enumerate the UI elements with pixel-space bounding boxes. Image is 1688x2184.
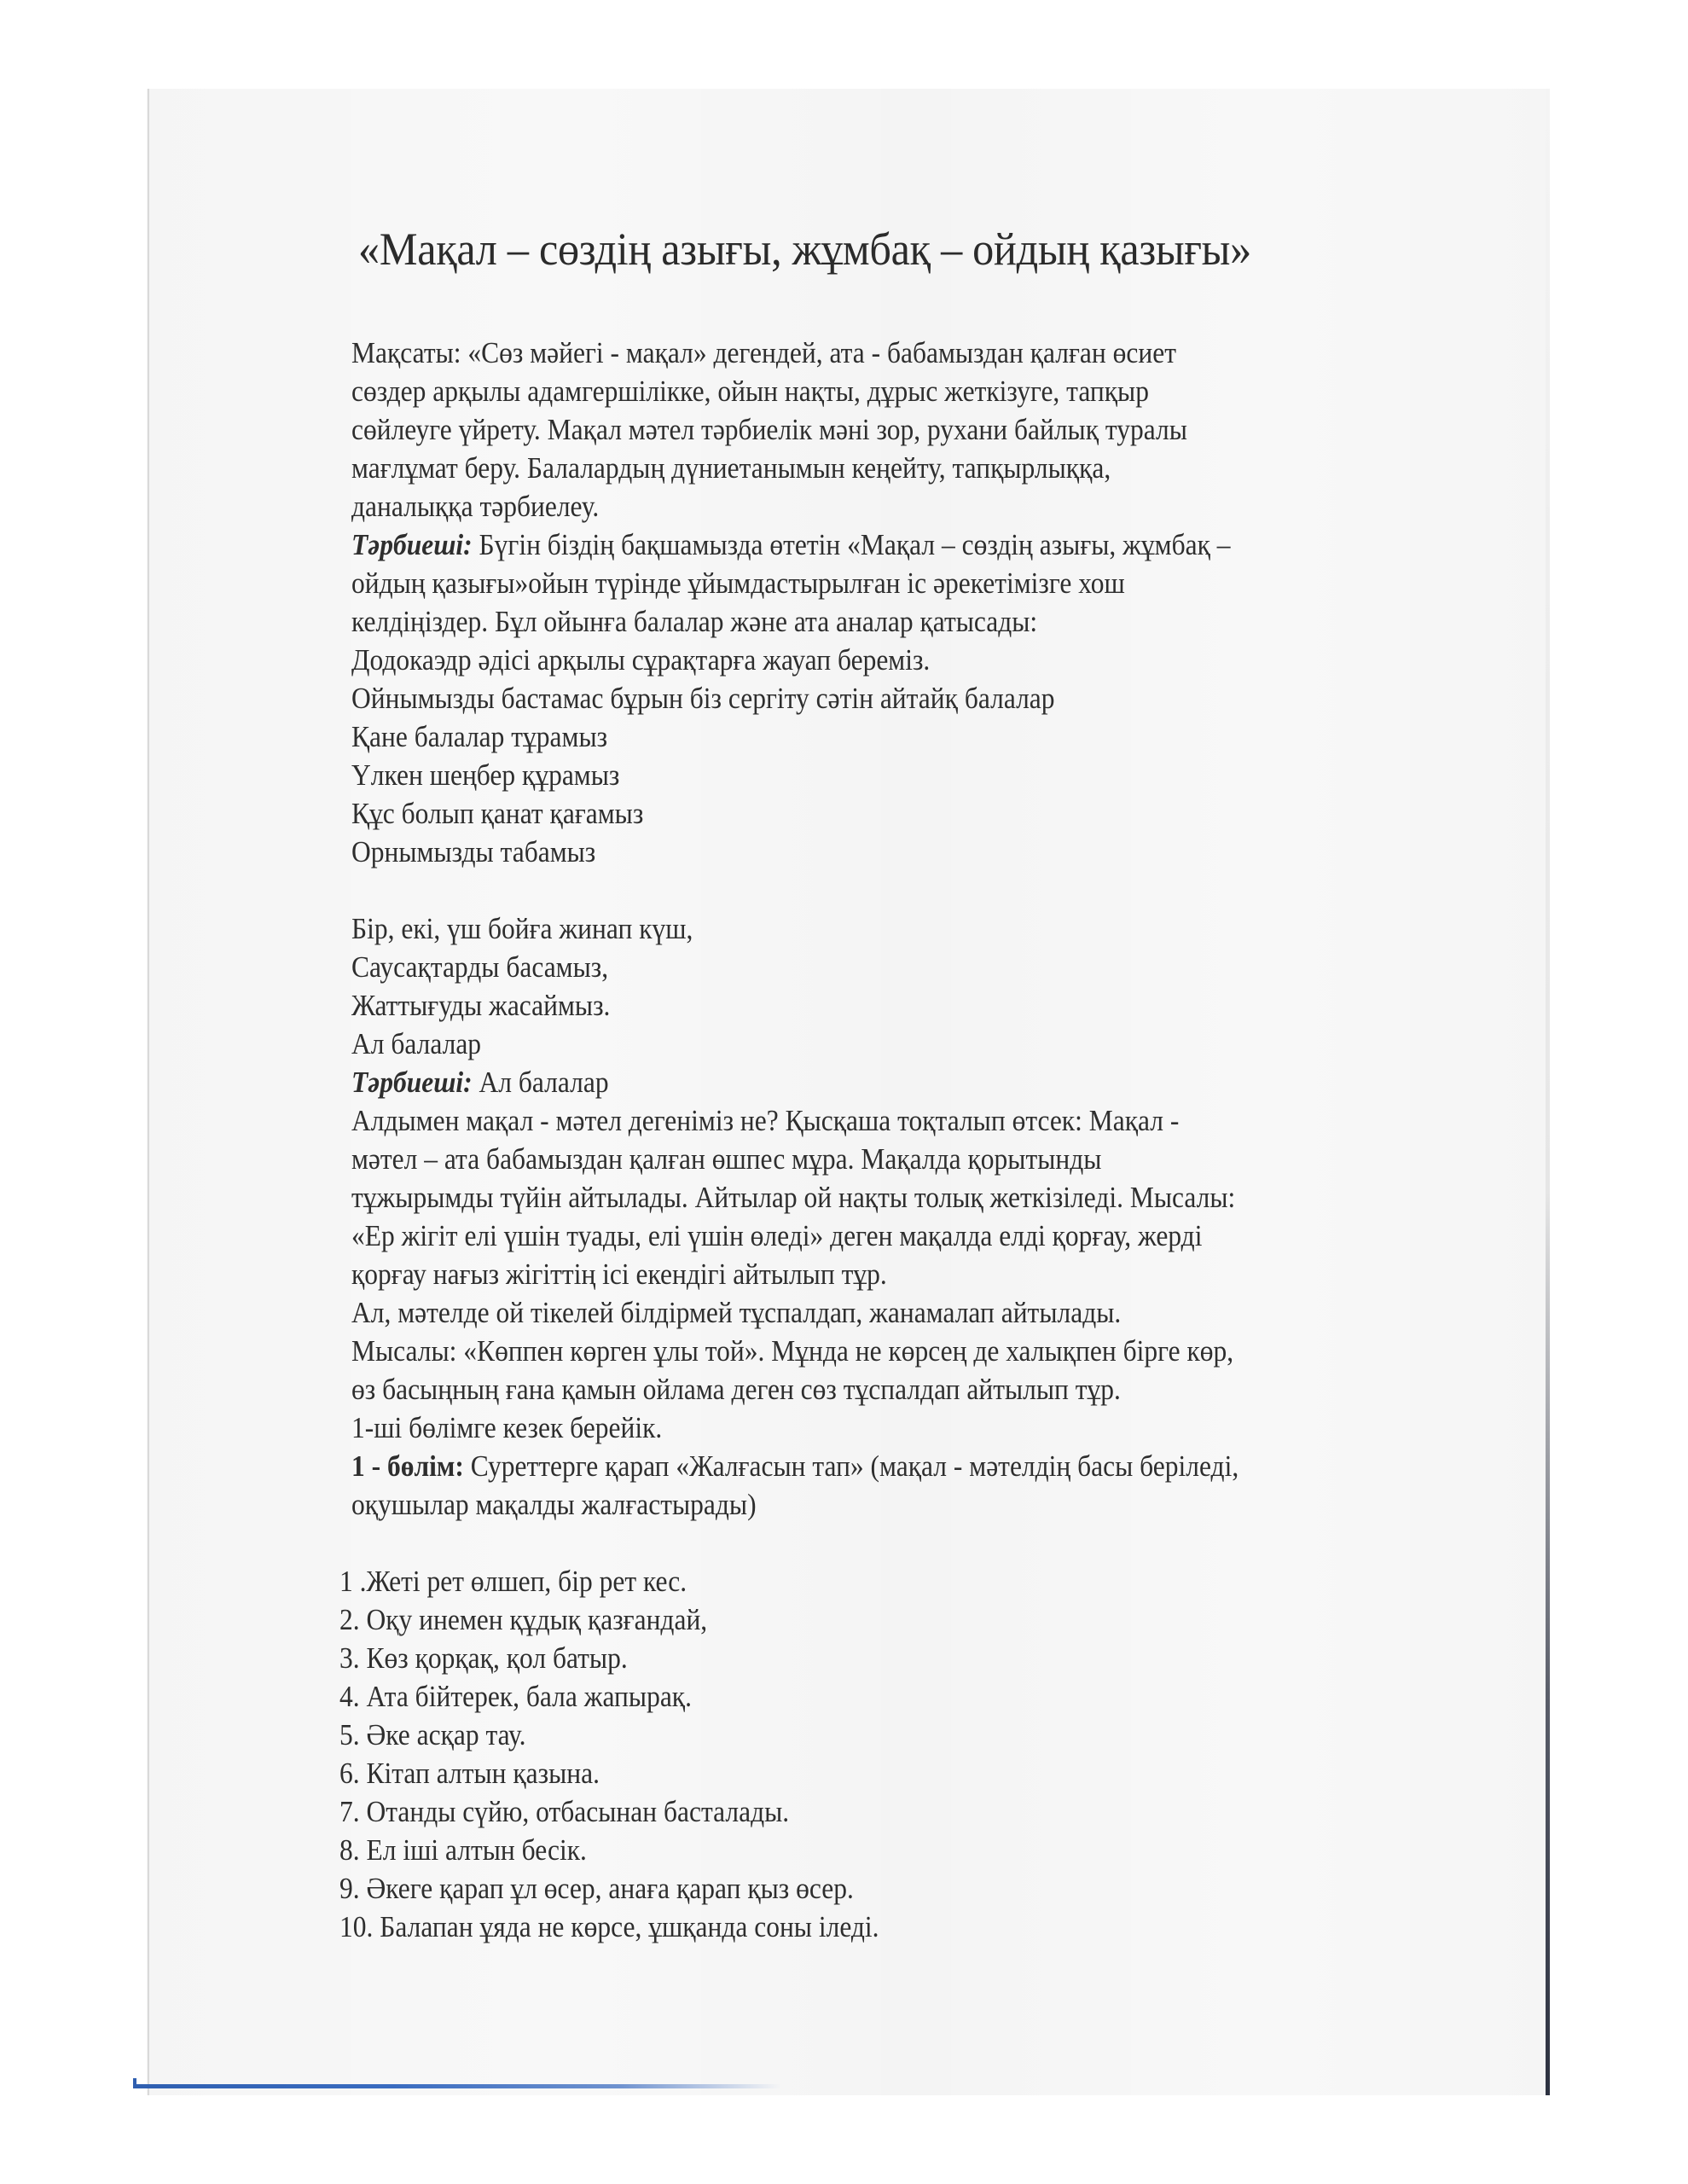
exercise-line: Ал балалар <box>351 1025 481 1063</box>
explanation-line: 1-ші бөлімге кезек берейік. <box>351 1409 662 1447</box>
proverb-item: 7. Отанды сүйю, отбасынан басталады. <box>339 1793 789 1831</box>
section-text-line: оқушылар мақалды жалғастырады) <box>351 1486 757 1524</box>
proverb-item: 4. Ата бійтерек, бала жапырақ. <box>339 1678 692 1716</box>
objective-line: даналыққа тәрбиелеу. <box>351 488 599 526</box>
teacher-intro-line: Тәрбиеші: Бүгін біздің бақшамызда өтетін… <box>351 526 1231 564</box>
intro-text: Бүгін біздің бақшамызда өтетін «Мақал – … <box>473 528 1231 561</box>
intro-line: Додокаэдр әдісі арқылы сұрақтарға жауап … <box>351 642 930 679</box>
section-label: 1 - бөлім: <box>351 1449 464 1483</box>
objective-line: сөйлеуге үйрету. Мақал мәтел тәрбиелік м… <box>351 411 1187 449</box>
objective-line: Мақсаты: «Сөз мәйегі - мақал» дегендей, … <box>351 334 1176 372</box>
intro-line: Ойнымызды бастамас бұрын біз сергіту сәт… <box>351 680 1055 717</box>
proverb-item: 9. Әкеге қарап ұл өсер, анаға қарап қыз … <box>339 1870 854 1908</box>
proverb-item: 2. Оқу инемен құдық қазғандай, <box>339 1601 707 1639</box>
section-text: Суреттерге қарап «Жалғасын тап» (мақал -… <box>464 1449 1238 1483</box>
speaker-label: Тәрбиеші: <box>351 528 473 561</box>
speaker-label: Тәрбиеші: <box>351 1066 473 1099</box>
section-heading-line: 1 - бөлім: Суреттерге қарап «Жалғасын та… <box>351 1448 1238 1485</box>
exercise-line: Жаттығуды жасаймыз. <box>351 987 610 1025</box>
teacher-text: Ал балалар <box>473 1066 609 1099</box>
warmup-line: Құс болып қанат қағамыз <box>351 795 643 833</box>
warmup-line: Орнымызды табамыз <box>351 834 595 871</box>
scan-bottom-edge-line <box>133 2084 781 2088</box>
explanation-line: Мысалы: «Көппен көрген ұлы той». Мұнда н… <box>351 1333 1233 1370</box>
document-title: «Мақал – сөздің азығы, жұмбақ – ойдың қа… <box>358 224 1251 275</box>
page-left-edge <box>148 89 149 2095</box>
explanation-line: Алдымен мақал - мәтел дегеніміз не? Қысқ… <box>351 1102 1179 1140</box>
exercise-line: Бір, екі, үш бойға жинап күш, <box>351 910 693 948</box>
explanation-line: «Ер жігіт елі үшін туады, елі үшін өледі… <box>351 1217 1202 1255</box>
objective-line: сөздер арқылы адамгершілікке, ойын нақты… <box>351 373 1149 410</box>
warmup-line: Қане балалар тұрамыз <box>351 718 607 756</box>
explanation-line: тұжырымды түйін айтылады. Айтылар ой нақ… <box>351 1179 1235 1217</box>
explanation-line: өз басыңның ғана қамын ойлама деген сөз … <box>351 1371 1121 1409</box>
explanation-line: қорғау нағыз жігіттің ісі екендігі айтыл… <box>351 1256 887 1293</box>
exercise-line: Саусақтарды басамыз, <box>351 949 608 986</box>
proverb-item: 6. Кітап алтын қазына. <box>339 1755 600 1792</box>
proverb-item: 3. Көз қорқақ, қол батыр. <box>339 1640 628 1677</box>
proverb-item: 5. Әке асқар тау. <box>339 1716 526 1754</box>
proverb-item: 10. Балапан ұяда не көрсе, ұшқанда соны … <box>339 1908 879 1946</box>
intro-line: келдіңіздер. Бұл ойынға балалар және ата… <box>351 603 1037 641</box>
warmup-line: Үлкен шеңбер құрамыз <box>351 757 619 794</box>
teacher-line: Тәрбиеші: Ал балалар <box>351 1064 609 1101</box>
proverb-item: 8. Ел іші алтын бесік. <box>339 1832 587 1869</box>
intro-line: ойдың қазығы»ойын түрінде ұйымдастырылға… <box>351 565 1125 602</box>
page-right-edge <box>1546 89 1550 2095</box>
explanation-line: мәтел – ата бабамыздан қалған өшпес мұра… <box>351 1141 1101 1178</box>
proverb-item: 1 .Жеті рет өлшеп, бір рет кес. <box>339 1563 687 1600</box>
explanation-line: Ал, мәтелде ой тікелей білдірмей тұспалд… <box>351 1294 1121 1332</box>
objective-line: мағлұмат беру. Балалардың дүниетанымын к… <box>351 450 1111 487</box>
